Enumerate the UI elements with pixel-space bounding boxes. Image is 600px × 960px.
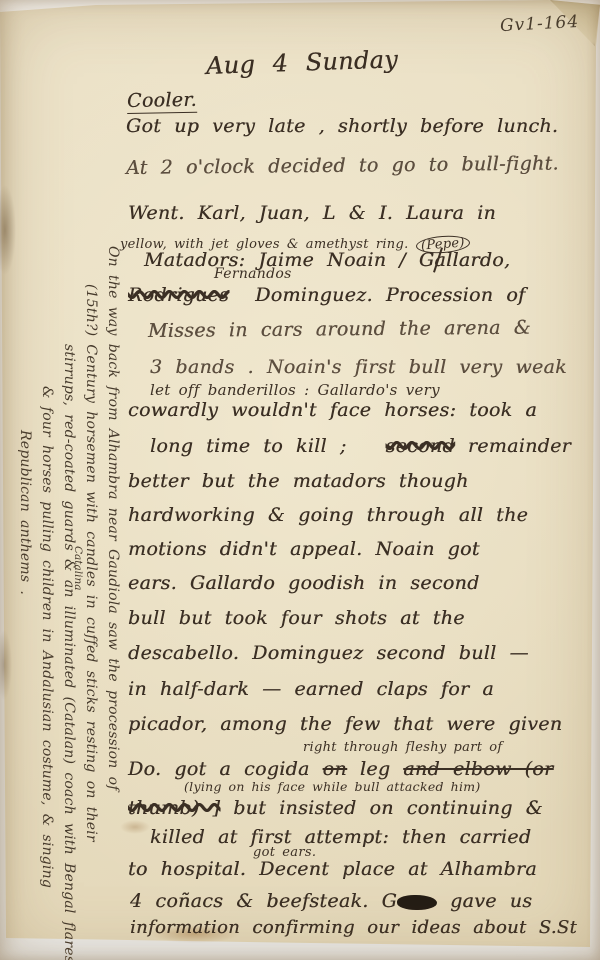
- diary-line: Rodrigues Dominguez. Procession of: [128, 284, 525, 306]
- struck-word: on: [323, 758, 347, 780]
- diary-line: At 2 o'clock decided to go to bull-fight…: [126, 152, 559, 179]
- underlined-word: Cooler.: [127, 89, 197, 114]
- margin-note-line: On the way back from Alhambra near Gaudi…: [102, 246, 124, 952]
- diary-line: 3 bands . Noain's first bull very weak: [150, 356, 567, 378]
- struck-phrase: and elbow (or: [403, 758, 553, 780]
- diary-line: Do. got a cogida on leg and elbow (or: [128, 758, 553, 780]
- margin-note-line: (15th?) Century horsemen with candles in…: [80, 246, 102, 952]
- diary-line: descabello. Dominguez second bull —: [128, 642, 529, 664]
- diary-line: better but the matadors though: [128, 470, 469, 492]
- diary-line: Went. Karl, Juan, L & I. Laura in: [128, 202, 496, 224]
- margin-note-line: & four horses pulling children in Andalu…: [36, 246, 58, 952]
- diary-line: motions didn't appeal. Noain got: [128, 538, 480, 560]
- diary-line: thumb) ] but insisted on continuing &: [128, 797, 543, 819]
- diary-line: Misses in cars around the arena &: [148, 317, 531, 342]
- archive-reference-number: Gv1-164: [500, 12, 580, 36]
- ink-blot: [397, 895, 437, 910]
- diary-line: cowardly wouldn't face horses: took a: [128, 399, 537, 421]
- diary-line: information confirming our ideas about S…: [130, 917, 577, 938]
- diary-line: picador, among the few that were given: [128, 713, 562, 735]
- scanned-diary-page: Gv1-164 Aug 4 Sunday Cooler. Got up very…: [0, 0, 600, 960]
- diary-line: Got up very late , shortly before lunch.: [126, 115, 558, 137]
- margin-note-line: Republican anthems .: [14, 246, 36, 952]
- margin-note: On the way back from Alhambra near Gaudi…: [14, 246, 124, 952]
- diary-line: killed at first attempt: then carried: [150, 826, 531, 848]
- struck-word: second: [386, 435, 455, 457]
- interline-insertion: Fernandos: [214, 266, 292, 282]
- weather-note: Cooler.: [127, 89, 197, 112]
- struck-word: thumb) ]: [128, 797, 220, 819]
- diary-line: to hospital. Decent place at Alhambra: [128, 858, 537, 880]
- diary-line: Matadors: Jaime Noain / Gallardo,: [144, 249, 510, 271]
- interline-insertion: (lying on his face while bull attacked h…: [184, 779, 481, 794]
- diary-line: in half-dark — earned claps for a: [128, 678, 494, 700]
- diary-line: bull but took four shots at the: [128, 607, 465, 629]
- diary-line: ears. Gallardo goodish in second: [128, 572, 480, 594]
- interline-insertion: let off banderillos : Gallardo's very: [150, 381, 440, 399]
- interline-insertion: right through fleshy part of: [303, 740, 503, 755]
- diary-line: hardworking & going through all the: [128, 504, 528, 526]
- diary-line: long time to kill ; second remainder: [150, 435, 571, 457]
- margin-note-line: stirrups, red-coated guards & an illumin…: [58, 246, 80, 952]
- diary-line: 4 coñacs & beefsteak. G gave us: [130, 890, 532, 912]
- struck-word: Rodrigues: [128, 284, 229, 306]
- margin-note-insertion: Catalina: [72, 546, 84, 591]
